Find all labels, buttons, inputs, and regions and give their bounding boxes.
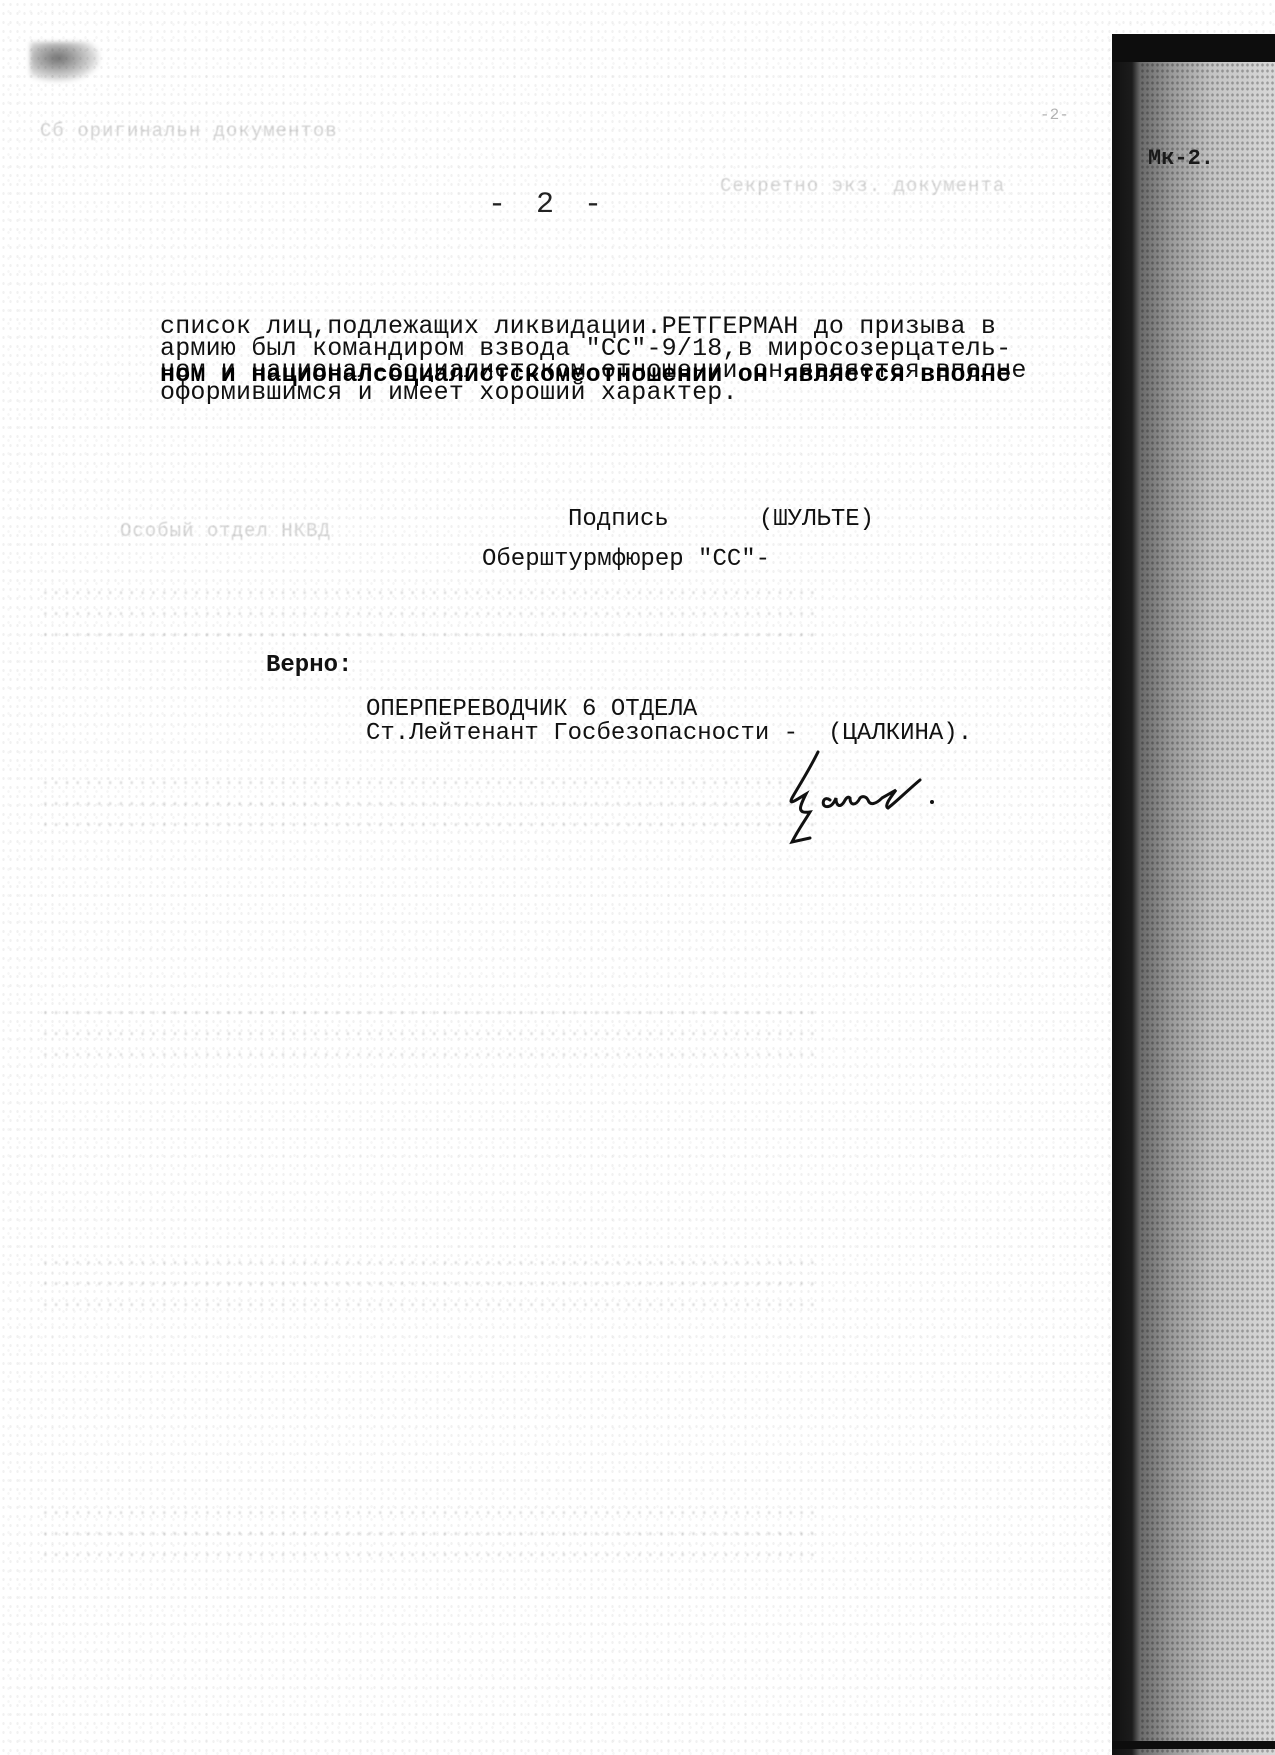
scan-edge-band <box>1112 34 1275 1755</box>
edge-bottom-cap <box>1112 1741 1275 1749</box>
ghost-text-top-left: Сб оригинальн документов <box>40 120 338 142</box>
translator-rank: Ст.Лейтенант Госбезопасности - <box>366 720 798 747</box>
signatory-rank: Оберштурмфюрер "СС"- <box>482 546 770 573</box>
body-line-overstruck: оформившимся и имеет хороший характер. <box>160 382 1090 404</box>
translator-name: (ЦАЛКИНА). <box>828 720 972 747</box>
signature-label: Подпись <box>568 506 669 533</box>
edge-grain <box>1140 62 1275 1755</box>
body-paragraph: список лиц,подлежащих ликвидации.РЕТГЕРМ… <box>160 316 1090 404</box>
archive-mark: Мк-2. <box>1148 146 1214 171</box>
ghost-block-5: ........................................… <box>40 1500 940 1610</box>
ghost-block-1: ........................................… <box>40 580 940 640</box>
signatory-name: (ШУЛЬТЕ) <box>759 506 874 533</box>
signature-line: Подпись(ШУЛЬТЕ) <box>568 506 874 533</box>
ghost-text-mid-left: Особый отдел НКВД <box>120 520 331 542</box>
ghost-block-3: ........................................… <box>40 1000 940 1230</box>
body-line: оформившимся и имеет хороший характер. <box>160 378 738 407</box>
document-page: Сб оригинальн документов Секретно экз. д… <box>0 0 1275 1755</box>
translator-line: Ст.Лейтенант Госбезопасности -(ЦАЛКИНА). <box>366 720 972 747</box>
faint-marker: -2- <box>1040 106 1069 124</box>
corner-smudge <box>30 42 100 82</box>
page-number: - 2 - <box>488 188 608 222</box>
ghost-block-4: ........................................… <box>40 1250 940 1480</box>
edge-top-cap <box>1112 34 1275 62</box>
certified-label: Верно: <box>266 652 352 679</box>
handwritten-signature-icon <box>770 750 970 850</box>
translator-title: ОПЕРПЕРЕВОДЧИК 6 ОТДЕЛА <box>366 696 697 723</box>
ghost-text-top-right: Секретно экз. документа <box>720 175 1005 197</box>
